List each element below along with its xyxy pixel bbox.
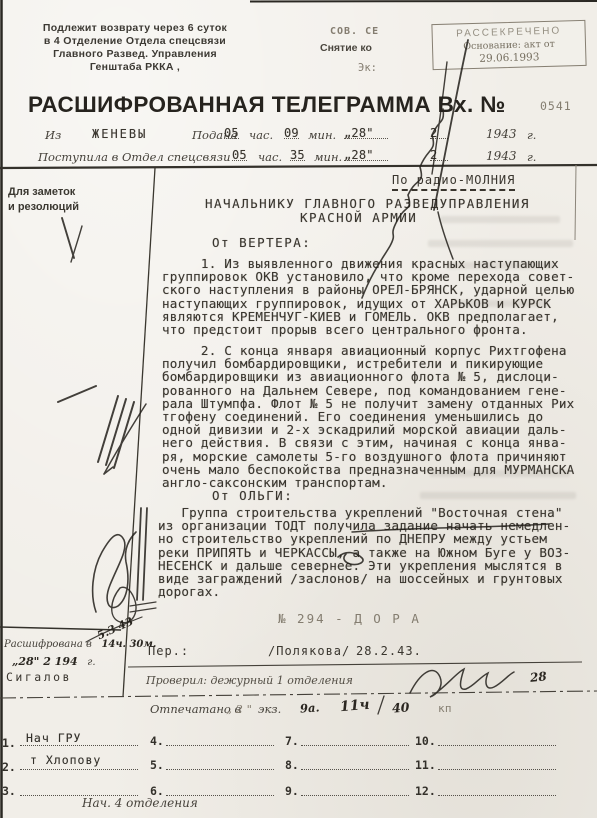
from-label: Из bbox=[45, 128, 61, 142]
printed-row: Отпечатано в „ 2 " экз. 9а. 11ч 40 кп bbox=[0, 700, 597, 718]
telegram-document: Подлежит возврату через 6 суток в 4 Отде… bbox=[0, 0, 597, 818]
checked-signature-note: 28 bbox=[529, 669, 547, 685]
source-werther-heading: От ВЕРТЕРА: bbox=[212, 235, 311, 250]
translation-date: 28.2.43. bbox=[356, 644, 422, 658]
ekz-label: экз. bbox=[258, 702, 281, 716]
dist-num: 5. bbox=[150, 758, 164, 772]
dist-num: 3. bbox=[2, 784, 16, 798]
dist-blank bbox=[438, 756, 556, 770]
classification-sov: СОВ. СЕ bbox=[330, 26, 379, 37]
margin-note: Для заметок и резолюций bbox=[8, 185, 79, 215]
return-note-line: Подлежит возврату через 6 суток bbox=[26, 22, 244, 35]
paragraph-3: Группа строительства укреплений "Восточн… bbox=[158, 506, 596, 598]
classification-ekz: Эк: bbox=[358, 62, 377, 74]
origin-month: 2 bbox=[430, 126, 448, 139]
dist-num: 10. bbox=[415, 734, 436, 748]
dist-blank bbox=[166, 732, 274, 746]
margin-note-line: и резолюций bbox=[8, 200, 79, 215]
dist-blank bbox=[438, 782, 556, 796]
message-number-signature: № 294 - Д О Р А bbox=[278, 611, 421, 626]
received-hour: 05 bbox=[232, 148, 247, 161]
printed-hand-note-4: кп bbox=[438, 702, 452, 715]
printed-copies: „ 2 " bbox=[226, 702, 252, 716]
footer-dept-head: Нач. 4 отделения bbox=[82, 796, 198, 810]
source-olga-heading: От ОЛЬГИ: bbox=[212, 488, 293, 503]
addressee-line1: НАЧАЛЬНИКУ ГЛАВНОГО РАЗВЕДУПРАВЛЕНИЯ bbox=[205, 196, 530, 211]
declassification-stamp: РАССЕКРЕЧЕНО Основание: акт от 29.06.199… bbox=[431, 20, 586, 70]
margin-note-line: Для заметок bbox=[8, 185, 79, 200]
origin-hour: 05 bbox=[224, 126, 239, 139]
dist-blank bbox=[20, 732, 138, 746]
bleed-through bbox=[440, 216, 560, 223]
translator-label: Пер.: bbox=[148, 644, 189, 658]
origin-year: 1943 bbox=[486, 127, 517, 141]
origin-row: Из ЖЕНЕВЫ Подана 05 час. 09 мин. „28" 2 … bbox=[0, 126, 597, 144]
year-label: г. bbox=[527, 150, 536, 164]
dist-blank bbox=[301, 756, 409, 770]
hour-label: час. bbox=[249, 128, 273, 142]
dist-blank bbox=[301, 782, 409, 796]
paragraph-1: 1. Из выявленного движения красных насту… bbox=[162, 257, 597, 336]
received-month: 2 bbox=[430, 148, 448, 161]
dist-num: 7. bbox=[285, 734, 299, 748]
dist-num: 4. bbox=[150, 734, 164, 748]
received-row: Поступила в Отдел спецсвязи 05 час. 35 м… bbox=[0, 148, 597, 166]
dist-blank bbox=[20, 756, 138, 770]
dist-blank bbox=[301, 732, 409, 746]
bleed-through bbox=[420, 492, 576, 499]
distribution-list: 1. Нач ГРУ 4. 7. 10. 2. т Хлопову 5. 8. … bbox=[0, 730, 597, 800]
received-label: Поступила в Отдел спецсвязи bbox=[38, 150, 230, 164]
bleed-through bbox=[428, 240, 573, 247]
received-minute: 35 bbox=[290, 148, 305, 161]
incoming-number: 0541 bbox=[540, 99, 572, 113]
dist-num: 8. bbox=[285, 758, 299, 772]
hour-label: час. bbox=[258, 150, 282, 164]
return-note-line: Главного Развед. Управления bbox=[26, 48, 244, 61]
paragraph-2: 2. С конца января авиационный корпус Рих… bbox=[162, 344, 597, 489]
dist-blank bbox=[166, 756, 274, 770]
dist-num: 2. bbox=[2, 760, 16, 774]
dist-blank bbox=[166, 782, 274, 796]
stamp-date: 29.06.1993 bbox=[439, 50, 579, 66]
return-note: Подлежит возврату через 6 суток в 4 Отде… bbox=[26, 22, 244, 74]
dist-num: 9. bbox=[285, 784, 299, 798]
printed-hand-note-1: 9а. bbox=[300, 700, 320, 715]
dist-num: 11. bbox=[415, 758, 436, 772]
dist-num: 1. bbox=[2, 736, 16, 750]
translator-name: /Полякова/ bbox=[268, 644, 350, 658]
received-year: 1943 bbox=[486, 149, 517, 163]
translator-row: Пер.: /Полякова/ 28.2.43. bbox=[0, 644, 597, 660]
origin-minute: 09 bbox=[284, 126, 299, 139]
document-title: РАСШИФРОВАННАЯ ТЕЛЕГРАММА Вх. № bbox=[28, 92, 506, 118]
decryptor-name: Сигалов bbox=[6, 670, 72, 684]
minute-label: мин. bbox=[308, 128, 336, 142]
addressee-line2: КРАСНОЙ АРМИИ bbox=[300, 210, 417, 225]
printed-hand-note-3: 40 bbox=[391, 699, 409, 715]
origin-day: „28" bbox=[344, 126, 388, 139]
printed-hand-note-2: 11ч bbox=[339, 697, 370, 716]
received-day: „28" bbox=[344, 148, 388, 161]
return-note-line: Генштаба РККА , bbox=[26, 61, 244, 74]
origin-city: ЖЕНЕВЫ bbox=[92, 127, 147, 141]
return-note-line: в 4 Отделение Отдела спецсвязи bbox=[26, 35, 244, 48]
year-label: г. bbox=[527, 128, 536, 142]
dist-blank bbox=[438, 732, 556, 746]
dist-blank bbox=[20, 782, 138, 796]
checked-by-label: Проверил: дежурный 1 отделения bbox=[146, 674, 353, 687]
classification-copy-note: Снятие ко bbox=[320, 42, 372, 54]
dist-num: 12. bbox=[415, 784, 436, 798]
transmission-method: По радио-МОЛНИЯ bbox=[392, 173, 515, 191]
minute-label: мин. bbox=[314, 150, 342, 164]
